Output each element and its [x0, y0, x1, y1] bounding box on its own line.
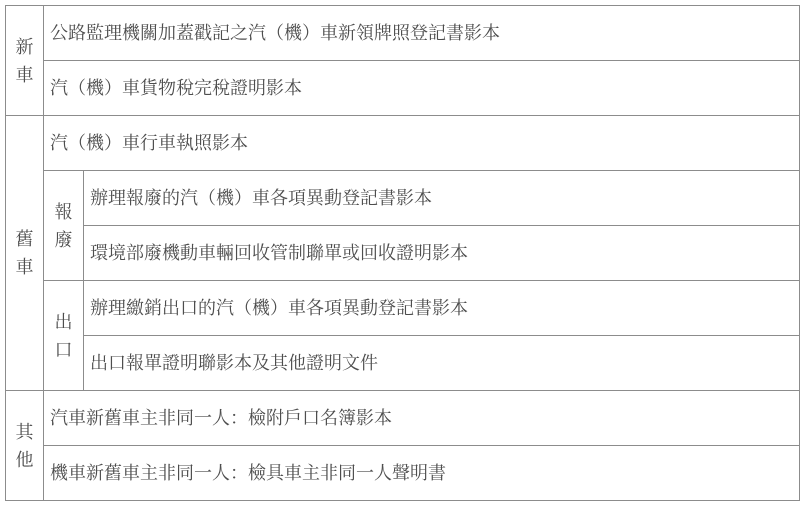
table-row: 其他 汽車新舊車主非同一人：檢附戶口名簿影本	[6, 391, 800, 446]
table-row: 機車新舊車主非同一人：檢具車主非同一人聲明書	[6, 446, 800, 501]
item-other-car-owner-household: 汽車新舊車主非同一人：檢附戶口名簿影本	[44, 391, 800, 446]
sublabel-scrap-text: 報廢	[54, 198, 73, 254]
table-row: 出口 辦理繳銷出口的汽（機）車各項異動登記書影本	[6, 281, 800, 336]
section-label-new-car: 新車	[6, 6, 44, 116]
section-label-old-car: 舊車	[6, 116, 44, 391]
table-row: 新車 公路監理機關加蓋戳記之汽（機）車新領牌照登記書影本	[6, 6, 800, 61]
item-new-car-registration: 公路監理機關加蓋戳記之汽（機）車新領牌照登記書影本	[44, 6, 800, 61]
table-row: 環境部廢機動車輛回收管制聯單或回收證明影本	[6, 226, 800, 281]
table-row: 報廢 辦理報廢的汽（機）車各項異動登記書影本	[6, 171, 800, 226]
item-new-car-tax-certificate: 汽（機）車貨物稅完稅證明影本	[44, 61, 800, 116]
item-old-car-license: 汽（機）車行車執照影本	[44, 116, 800, 171]
item-export-change-registration: 辦理繳銷出口的汽（機）車各項異動登記書影本	[84, 281, 800, 336]
sublabel-export: 出口	[44, 281, 84, 391]
item-scrap-recycle-certificate: 環境部廢機動車輛回收管制聯單或回收證明影本	[84, 226, 800, 281]
table-row: 舊車 汽（機）車行車執照影本	[6, 116, 800, 171]
section-label-new-car-text: 新車	[15, 33, 34, 89]
section-label-old-car-text: 舊車	[15, 225, 34, 281]
sublabel-scrap: 報廢	[44, 171, 84, 281]
section-label-other: 其他	[6, 391, 44, 501]
table-row: 出口報單證明聯影本及其他證明文件	[6, 336, 800, 391]
document-page: 新車 公路監理機關加蓋戳記之汽（機）車新領牌照登記書影本 汽（機）車貨物稅完稅證…	[0, 0, 805, 501]
section-label-other-text: 其他	[15, 418, 34, 474]
item-export-declaration-copy: 出口報單證明聯影本及其他證明文件	[84, 336, 800, 391]
vehicle-document-requirements-table: 新車 公路監理機關加蓋戳記之汽（機）車新領牌照登記書影本 汽（機）車貨物稅完稅證…	[5, 5, 800, 501]
item-scrap-change-registration: 辦理報廢的汽（機）車各項異動登記書影本	[84, 171, 800, 226]
table-row: 汽（機）車貨物稅完稅證明影本	[6, 61, 800, 116]
sublabel-export-text: 出口	[54, 308, 73, 364]
item-other-moto-owner-statement: 機車新舊車主非同一人：檢具車主非同一人聲明書	[44, 446, 800, 501]
